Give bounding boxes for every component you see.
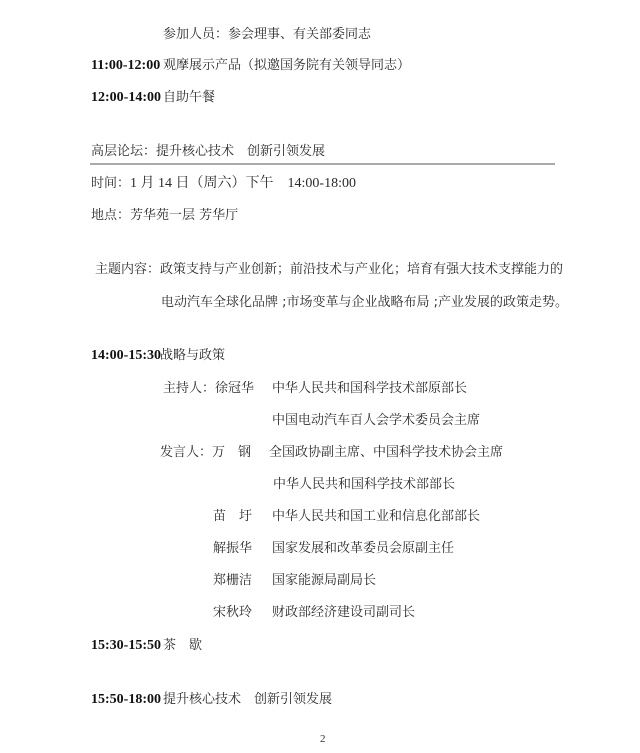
speaker-name: 苗 圩 [213, 509, 252, 525]
speaker-title: 国家发展和改革委员会原副主任 [272, 541, 454, 557]
speaker-title: 国家能源局副局长 [272, 573, 376, 589]
speaker-title: 中华人民共和国工业和信息化部部长 [272, 509, 480, 525]
host-title: 中华人民共和国科学技术部原部长 [272, 381, 467, 397]
speaker-name: 郑栅洁 [213, 573, 252, 589]
forum-theme-line1: 主题内容：政策支持与产业创新；前沿技术与产业化；培育有强大技术支撑能力的 [95, 262, 563, 278]
speaker-title: 中华人民共和国科学技术部部长 [273, 477, 455, 493]
forum-title: 高层论坛：提升核心技术 创新引领发展 [91, 144, 325, 160]
speaker-name: 宋秋玲 [213, 605, 252, 621]
section-divider [90, 163, 555, 165]
agenda-time: 15:50-18:00 [91, 692, 161, 708]
speaker-label: 发言人：万 钢 [160, 445, 251, 461]
page-number: 2 [320, 731, 326, 747]
forum-time-label: 时间： [91, 176, 130, 191]
host-label: 主持人：徐冠华 [163, 381, 254, 397]
host-title: 中国电动汽车百人会学术委员会主席 [272, 413, 480, 429]
agenda-time: 11:00-12:00 [91, 58, 160, 74]
speaker-title: 全国政协副主席、中国科学技术协会主席 [269, 445, 503, 461]
agenda-text: 观摩展示产品（拟邀国务院有关领导同志） [163, 58, 410, 74]
session-title: 战略与政策 [160, 348, 225, 364]
speaker-title: 财政部经济建设司副司长 [272, 605, 415, 621]
agenda-text: 茶 歇 [163, 638, 202, 654]
agenda-time: 15:30-15:50 [91, 638, 161, 654]
agenda-time: 12:00-14:00 [91, 90, 161, 106]
speaker-name: 解振华 [213, 541, 252, 557]
agenda-text: 提升核心技术 创新引领发展 [163, 692, 332, 708]
forum-time-value: 1 月 14 日（周六）下午 14:00-18:00 [130, 176, 356, 191]
forum-time: 时间：1 月 14 日（周六）下午 14:00-18:00 [91, 176, 356, 192]
forum-theme-line2: 电动汽车全球化品牌 ;市场变革与企业战略布局 ;产业发展的政策走势。 [161, 295, 568, 311]
agenda-text: 自助午餐 [163, 90, 215, 106]
attendees-line: 参加人员：参会理事、有关部委同志 [163, 27, 371, 43]
session-time: 14:00-15:30 [91, 348, 161, 364]
forum-place: 地点：芳华苑一层 芳华厅 [91, 208, 238, 224]
